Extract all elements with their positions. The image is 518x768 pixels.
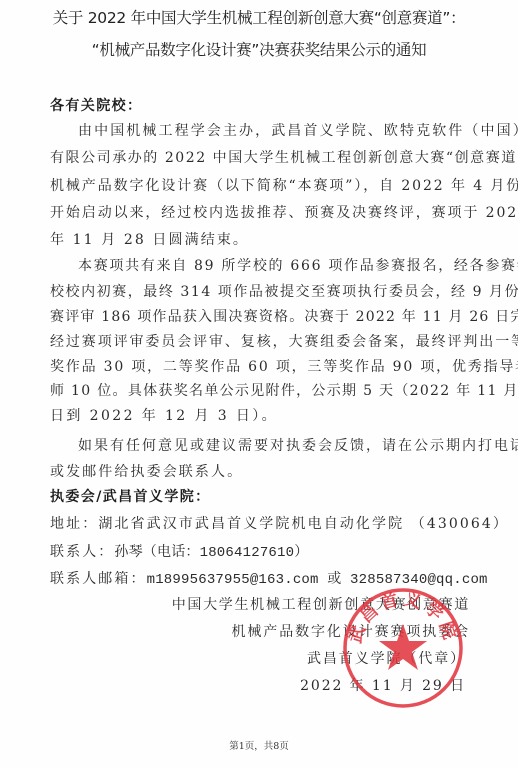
page-indicator: 第1页，共8页 [0, 738, 518, 752]
paragraph-2-line-7: 日到 2022 年 12 月 3 日）。 [50, 407, 278, 425]
person-label: 联系人： [50, 544, 114, 560]
paragraph-2-line-4: 经过赛项评审委员会评审、复核，大赛组委会备案，最终评判出一等 [50, 333, 518, 351]
paragraph-2-line-5: 奖作品 30 项，二等奖作品 60 项，三等奖作品 90 项，优秀指导老 [50, 358, 518, 376]
paragraph-2-line-2: 校校内初赛，最终 314 项作品被提交至赛项执行委员会，经 9 月份预 [50, 283, 518, 301]
signature-line-3: 武昌首义学院（代章） [307, 650, 466, 668]
signature-date: 2022 年 11 月 29 日 [300, 677, 466, 695]
address-value: 湖北省武汉市武昌首义学院机电自动化学院 （430064） [98, 516, 509, 532]
paragraph-1-line-4: 开始启动以来，经过校内选拔推荐、预赛及决赛终评，赛项于 2022 [50, 204, 518, 222]
email-label: 联系人邮箱： [50, 571, 147, 587]
paragraph-2-line-6: 师 10 位。具体获奖名单公示见附件，公示期 5 天（2022 年 11 月 2… [50, 382, 518, 400]
paragraph-2-line-3: 赛评审 186 项作品获入围决赛资格。决赛于 2022 年 11 月 26 日完… [50, 308, 518, 326]
paragraph-1-line-3: 机械产品数字化设计赛（以下简称“本赛项”），自 2022 年 4 月份 [50, 177, 518, 195]
contact-heading: 执委会/武昌首义学院： [50, 488, 211, 506]
person-value: 孙琴（电话：18064127610） [114, 545, 308, 561]
paragraph-1-line-1: 由中国机械工程学会主办，武昌首义学院、欧特克软件（中国） [78, 122, 518, 140]
signature-line-1: 中国大学生机械工程创新创意大赛创意赛道 [172, 596, 470, 614]
address-label: 地址： [50, 516, 98, 532]
contact-person-row: 联系人：孙琴（电话：18064127610） [50, 543, 308, 562]
paragraph-1-line-2: 有限公司承办的 2022 中国大学生机械工程创新创意大赛“创意赛道”： [50, 149, 518, 167]
notice-title-line-2: “机械产品数字化设计赛”决赛获奖结果公示的通知 [0, 38, 518, 60]
paragraph-1-line-5: 年 11 月 28 日圆满结束。 [50, 231, 249, 249]
contact-email-row: 联系人邮箱：m18995637955@163.com 或 328587340@q… [50, 570, 488, 589]
paragraph-2-line-1: 本赛项共有来自 89 所学校的 666 项作品参赛报名，经各参赛学 [78, 257, 518, 275]
paragraph-3-line-2: 或发邮件给执委会联系人。 [50, 463, 243, 481]
email-value[interactable]: m18995637955@163.com 或 328587340@qq.com [147, 572, 488, 588]
salutation: 各有关院校： [50, 97, 142, 115]
document-page: 关于 2022 年中国大学生机械工程创新创意大赛“创意赛道”： “机械产品数字化… [0, 0, 518, 768]
contact-address-row: 地址：湖北省武汉市武昌首义学院机电自动化学院 （430064） [50, 515, 509, 533]
paragraph-3-line-1: 如果有任何意见或建议需要对执委会反馈，请在公示期内打电话 [78, 437, 518, 455]
signature-line-2: 机械产品数字化设计赛赛项执委会 [232, 623, 471, 641]
notice-title-line-1: 关于 2022 年中国大学生机械工程创新创意大赛“创意赛道”： [0, 6, 518, 28]
